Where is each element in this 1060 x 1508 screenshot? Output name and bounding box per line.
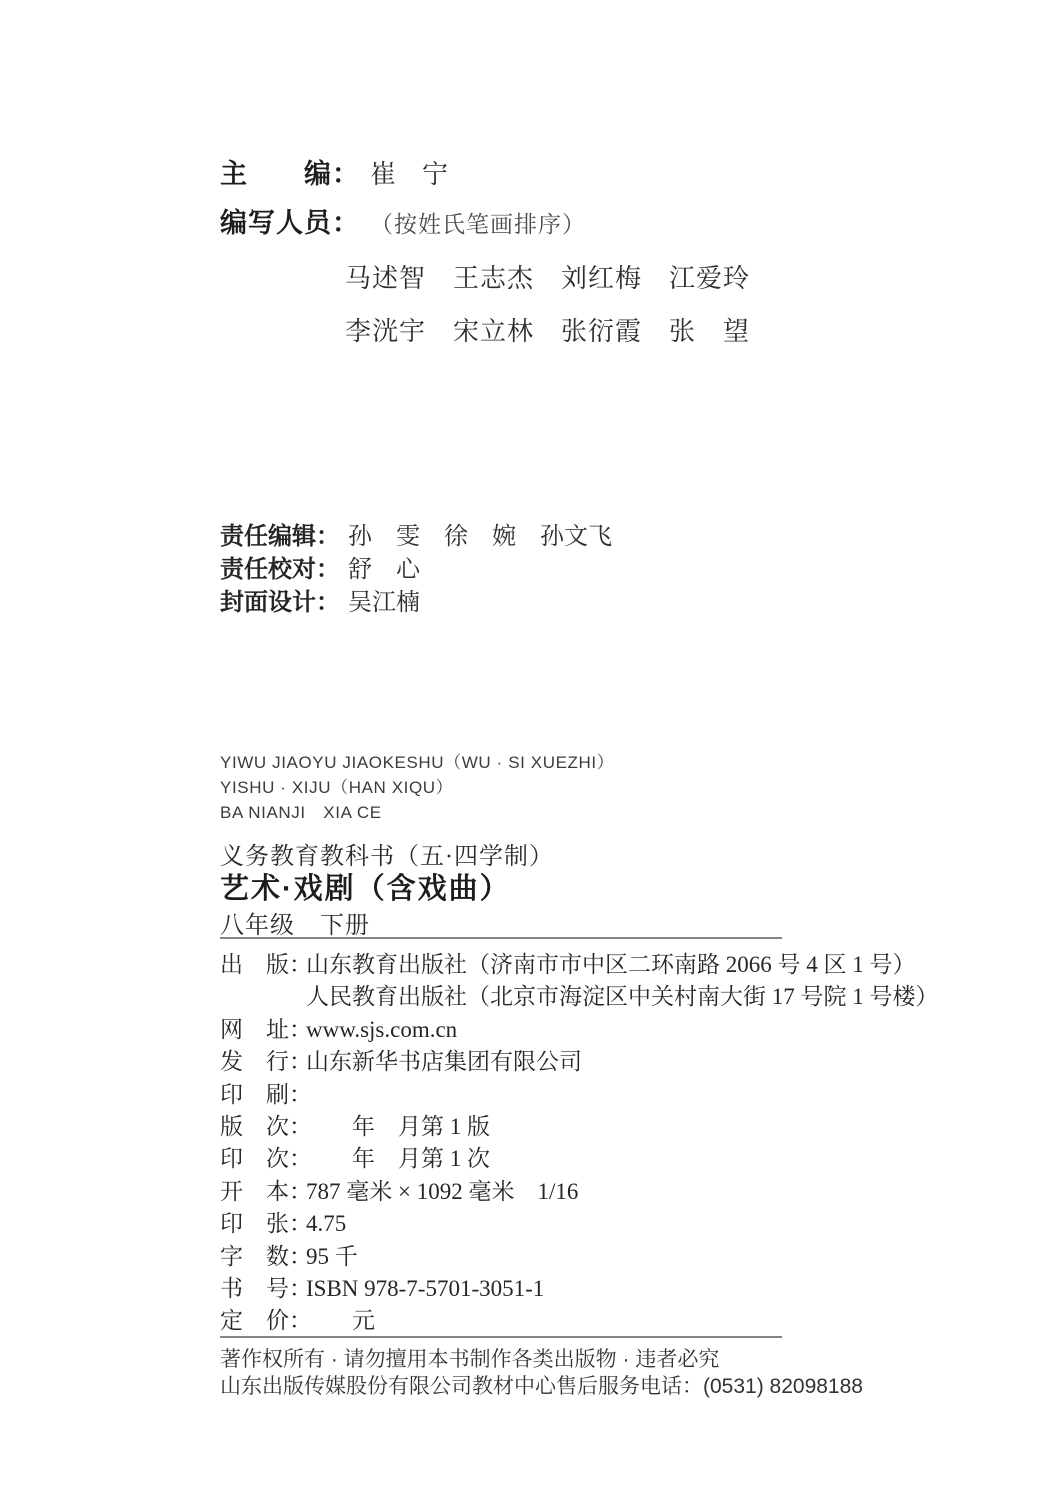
colophon-page: 主 编： 崔 宁 编写人员： （按姓氏笔画排序） 马述智 王志杰 刘红梅 江爱玲… xyxy=(0,0,1060,1508)
writer-name: 张衍霞 xyxy=(561,311,642,348)
staff-value: 舒 心 xyxy=(348,549,420,584)
writer-name: 王志杰 xyxy=(453,258,534,295)
staff-label: 责任校对： xyxy=(220,549,340,584)
writer-name: 张 望 xyxy=(669,311,750,348)
pinyin-line-2: YISHU · XIJU（HAN XIQU） xyxy=(220,775,453,800)
pub-label: 书 号： xyxy=(220,1270,306,1303)
chief-editor-label: 主 编： xyxy=(220,152,360,191)
pub-value: 山东教育出版社（济南市市中区二环南路 2066 号 4 区 1 号） xyxy=(306,946,916,979)
pub-row-sheets: 印 张： 4.75 xyxy=(220,1205,939,1237)
pub-value: 人民教育出版社（北京市海淀区中关村南大街 17 号院 1 号楼） xyxy=(306,978,939,1011)
pub-label: 网 址： xyxy=(220,1011,306,1044)
writers-row: 编写人员： （按姓氏笔画排序） xyxy=(220,201,586,240)
writer-names-row-2: 李洸宇 宋立林 张衍霞 张 望 xyxy=(345,311,750,348)
divider-top xyxy=(220,937,782,939)
book-title: 艺术·戏剧（含戏曲） xyxy=(220,866,511,907)
pub-row-printer: 印 刷： xyxy=(220,1076,939,1108)
pub-row-publisher-2: 人民教育出版社（北京市海淀区中关村南大街 17 号院 1 号楼） xyxy=(220,978,939,1010)
writer-name: 刘红梅 xyxy=(561,258,642,295)
pub-value: 元 xyxy=(306,1302,375,1335)
writer-name: 宋立林 xyxy=(453,311,534,348)
pub-row-format: 开 本： 787 毫米 × 1092 毫米 1/16 xyxy=(220,1173,939,1205)
divider-bottom xyxy=(220,1336,782,1338)
pub-label: 印 张： xyxy=(220,1205,306,1238)
pub-label: 开 本： xyxy=(220,1173,306,1206)
staff-row-editor: 责任编辑： 孙 雯 徐 婉 孙文飞 xyxy=(220,516,612,551)
pub-value: 787 毫米 × 1092 毫米 1/16 xyxy=(306,1173,578,1206)
publication-info: 出 版： 山东教育出版社（济南市市中区二环南路 2066 号 4 区 1 号） … xyxy=(220,946,939,1335)
copyright-notice: 著作权所有 · 请勿擅用本书制作各类出版物 · 违者必究 xyxy=(220,1346,719,1373)
pub-row-edition: 版 次： 年 月第 1 版 xyxy=(220,1108,939,1140)
writer-name: 江爱玲 xyxy=(669,258,750,295)
pub-row-publisher: 出 版： 山东教育出版社（济南市市中区二环南路 2066 号 4 区 1 号） xyxy=(220,946,939,978)
pub-value: 年 月第 1 次 xyxy=(306,1140,490,1173)
pub-value: 年 月第 1 版 xyxy=(306,1108,490,1141)
pub-row-price: 定 价： 元 xyxy=(220,1302,939,1334)
writers-sort-note: （按姓氏笔画排序） xyxy=(370,206,586,239)
writers-label: 编写人员： xyxy=(220,201,360,240)
pub-row-distributor: 发 行： 山东新华书店集团有限公司 xyxy=(220,1043,939,1075)
pinyin-line-3: BA NIANJI XIA CE xyxy=(220,800,382,825)
pub-label: 发 行： xyxy=(220,1043,306,1076)
pub-value: 4.75 xyxy=(306,1211,346,1237)
chief-editor-row: 主 编： 崔 宁 xyxy=(220,152,448,191)
pub-value: 山东新华书店集团有限公司 xyxy=(306,1043,582,1076)
writer-name: 李洸宇 xyxy=(345,311,426,348)
pub-label: 版 次： xyxy=(220,1108,306,1141)
pub-label: 印 次： xyxy=(220,1140,306,1173)
staff-label: 封面设计： xyxy=(220,582,340,617)
isbn-number: ISBN 978-7-5701-3051-1 xyxy=(306,1276,544,1302)
pub-label: 出 版： xyxy=(220,946,306,979)
staff-value: 吴江楠 xyxy=(348,582,420,617)
writer-name: 马述智 xyxy=(345,258,426,295)
staff-label: 责任编辑： xyxy=(220,516,340,551)
writer-names-row-1: 马述智 王志杰 刘红梅 江爱玲 xyxy=(345,258,750,295)
pub-row-impression: 印 次： 年 月第 1 次 xyxy=(220,1140,939,1172)
grade-volume: 八年级 下册 xyxy=(220,905,370,940)
staff-row-cover-designer: 封面设计： 吴江楠 xyxy=(220,582,420,617)
pub-row-wordcount: 字 数： 95 千 xyxy=(220,1238,939,1270)
staff-row-proofreader: 责任校对： 舒 心 xyxy=(220,549,420,584)
chief-editor-name: 崔 宁 xyxy=(370,154,448,191)
website-url: www.sjs.com.cn xyxy=(306,1017,457,1043)
staff-value: 孙 雯 徐 婉 孙文飞 xyxy=(348,516,612,551)
pub-label: 印 刷： xyxy=(220,1076,306,1109)
pub-label: 字 数： xyxy=(220,1238,306,1271)
pub-label: 定 价： xyxy=(220,1302,306,1335)
pinyin-line-1: YIWU JIAOYU JIAOKESHU（WU · SI XUEZHI） xyxy=(220,750,614,775)
pub-row-website: 网 址： www.sjs.com.cn xyxy=(220,1011,939,1043)
service-phone-line: 山东出版传媒股份有限公司教材中心售后服务电话：(0531) 82098188 xyxy=(220,1373,863,1400)
pub-value: 95 千 xyxy=(306,1238,358,1271)
pub-row-isbn: 书 号： ISBN 978-7-5701-3051-1 xyxy=(220,1270,939,1302)
